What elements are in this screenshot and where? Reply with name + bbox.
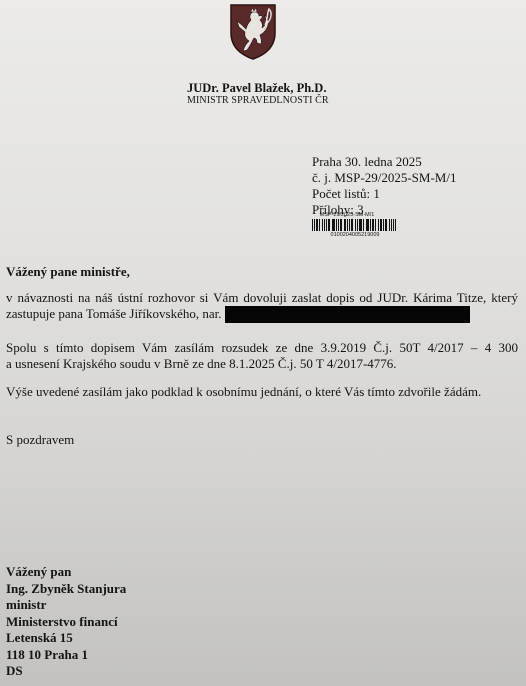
recipient-name: Ing. Zbyněk Stanjura (6, 581, 126, 598)
letter-page: JUDr. Pavel Blažek, Ph.D. MINISTR SPRAVE… (0, 0, 526, 686)
recipient-institution: Ministerstvo financí (6, 614, 126, 631)
paragraph-1-line-1: v návaznosti na náš ústní rozhovor si Vá… (6, 290, 518, 306)
letter-metadata: Praha 30. ledna 2025 č. j. MSP-29/2025-S… (312, 154, 456, 218)
barcode-number: 0100204005219009 (312, 232, 398, 238)
reference-number: č. j. MSP-29/2025-SM-M/1 (312, 170, 456, 186)
sender-name: JUDr. Pavel Blažek, Ph.D. (187, 81, 326, 96)
paragraph-2-line-2: a usnesení Krajského soudu v Brně ze dne… (6, 356, 397, 371)
page-count: Počet listů: 1 (312, 186, 456, 202)
recipient-role: ministr (6, 597, 126, 614)
recipient-delivery: DS (6, 663, 126, 680)
coat-of-arms-icon (229, 3, 277, 61)
recipient-salutation: Vážený pan (6, 564, 126, 581)
closing: S pozdravem (6, 432, 74, 448)
redaction-bar (225, 306, 470, 323)
recipient-street: Letenská 15 (6, 630, 126, 647)
recipient-city: 118 10 Praha 1 (6, 647, 126, 664)
paragraph-3: Výše uvedené zasílám jako podklad k osob… (6, 384, 518, 400)
barcode: MSP-29/2025-SM-M/1 0100204005219009 (312, 212, 398, 238)
paragraph-1-line-2: zastupuje pana Tomáše Jiříkovského, nar. (6, 306, 221, 321)
barcode-label: MSP-29/2025-SM-M/1 (312, 212, 382, 218)
recipient-address: Vážený pan Ing. Zbyněk Stanjura ministr … (6, 564, 126, 680)
paragraph-2: Spolu s tímto dopisem Vám zasílám rozsud… (6, 340, 518, 372)
sender-title: MINISTR SPRAVEDLNOSTI ČR (187, 95, 329, 106)
greeting: Vážený pane ministře, (6, 264, 130, 280)
paragraph-2-line-1: Spolu s tímto dopisem Vám zasílám rozsud… (6, 340, 518, 356)
barcode-bars-icon (312, 219, 398, 231)
place-date: Praha 30. ledna 2025 (312, 154, 456, 170)
